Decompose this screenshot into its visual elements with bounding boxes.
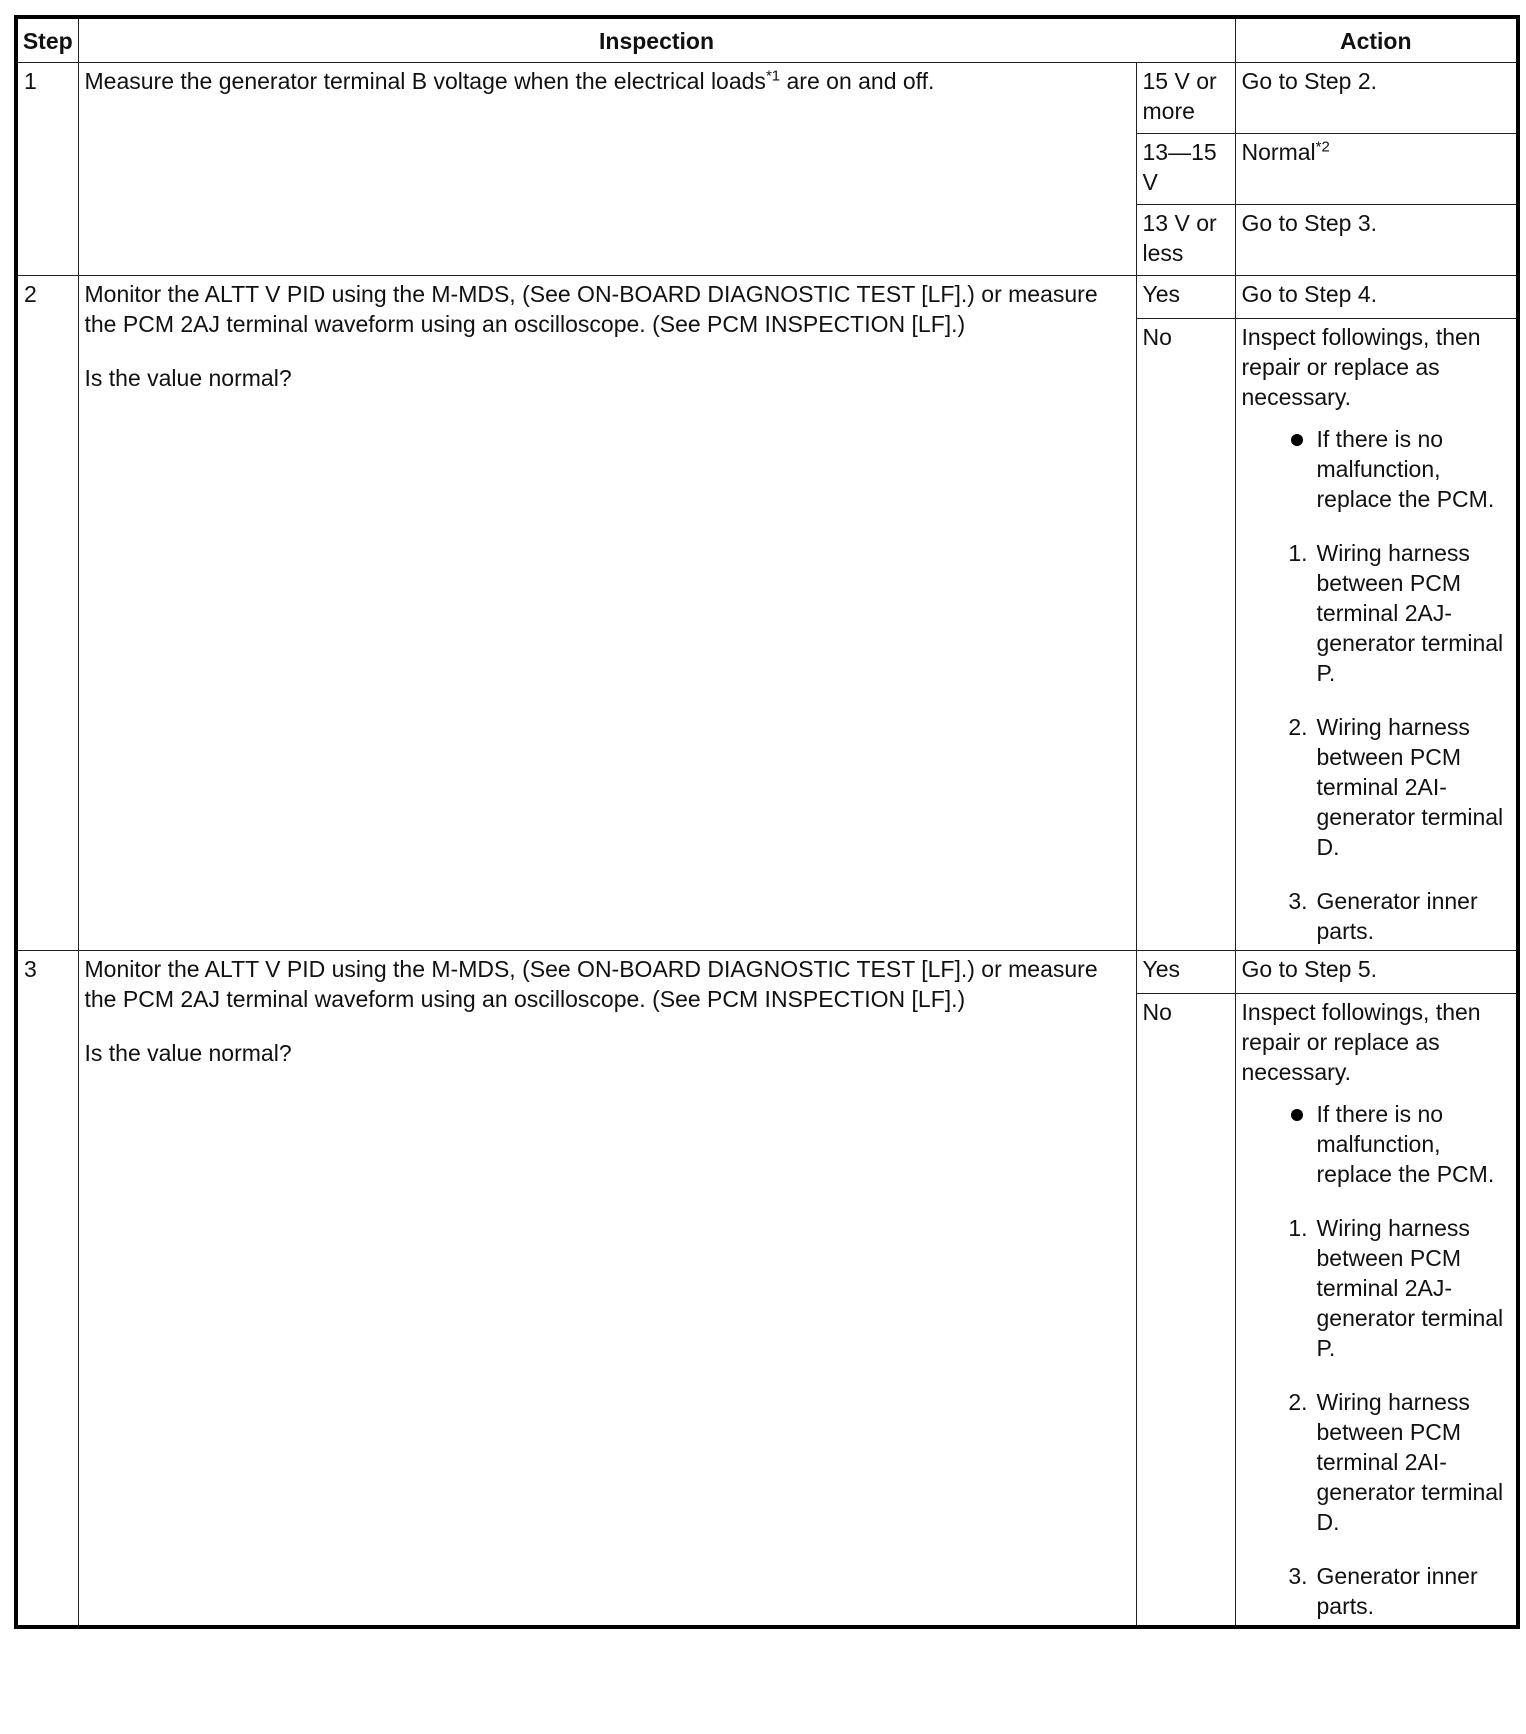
footnote-ref: *1	[766, 67, 780, 84]
step-number: 2	[16, 276, 78, 951]
list-item: 3.Generator inner parts.	[1242, 1561, 1511, 1621]
list-marker: 3.	[1278, 1561, 1308, 1591]
list-marker: 1.	[1278, 538, 1308, 568]
step-number: 1	[16, 63, 78, 276]
result-action: Go to Step 3.	[1235, 205, 1518, 276]
result-condition: 13 V or less	[1136, 205, 1235, 276]
result-action: Inspect followings, then repair or repla…	[1235, 994, 1518, 1628]
table-row: 2 Monitor the ALTT V PID using the M-MDS…	[16, 276, 1518, 319]
inspection-instruction: Monitor the ALTT V PID using the M-MDS, …	[85, 954, 1130, 1014]
list-marker: 2.	[1278, 1387, 1308, 1417]
list-item-text: If there is no malfunction, replace the …	[1317, 426, 1495, 512]
result-condition: Yes	[1136, 276, 1235, 319]
list-item: 3.Generator inner parts.	[1242, 886, 1511, 946]
action-intro: Inspect followings, then repair or repla…	[1242, 322, 1511, 412]
list-item: If there is no malfunction, replace the …	[1242, 1099, 1511, 1189]
list-item-text: If there is no malfunction, replace the …	[1317, 1101, 1495, 1187]
header-step: Step	[16, 17, 78, 63]
list-item-text: Generator inner parts.	[1317, 888, 1478, 944]
inspection-question: Is the value normal?	[85, 1038, 1130, 1068]
inspection-text: Monitor the ALTT V PID using the M-MDS, …	[78, 276, 1136, 951]
result-action: Inspect followings, then repair or repla…	[1235, 319, 1518, 951]
result-condition: No	[1136, 319, 1235, 951]
result-action: Normal*2	[1235, 134, 1518, 205]
result-condition: 13—15 V	[1136, 134, 1235, 205]
list-item: 1.Wiring harness between PCM terminal 2A…	[1242, 1213, 1511, 1363]
result-action: Go to Step 2.	[1235, 63, 1518, 134]
inspection-text: Measure the generator terminal B voltage…	[78, 63, 1136, 276]
list-item-text: Wiring harness between PCM terminal 2AJ-…	[1317, 1215, 1504, 1361]
list-item: 2.Wiring harness between PCM terminal 2A…	[1242, 1387, 1511, 1537]
list-item-text: Wiring harness between PCM terminal 2AI-…	[1317, 1389, 1504, 1535]
inspection-instruction: Monitor the ALTT V PID using the M-MDS, …	[85, 279, 1130, 339]
header-inspection: Inspection	[78, 17, 1235, 63]
list-marker: 1.	[1278, 1213, 1308, 1243]
result-condition: No	[1136, 994, 1235, 1628]
action-list: If there is no malfunction, replace the …	[1242, 1099, 1511, 1621]
inspection-text: Monitor the ALTT V PID using the M-MDS, …	[78, 951, 1136, 1628]
inspection-text-main: Measure the generator terminal B voltage…	[85, 68, 766, 94]
result-condition: 15 V or more	[1136, 63, 1235, 134]
result-action: Go to Step 5.	[1235, 951, 1518, 994]
result-action-text: Normal	[1242, 139, 1316, 165]
result-condition: Yes	[1136, 951, 1235, 994]
header-action: Action	[1235, 17, 1518, 63]
bullet-icon	[1291, 1109, 1303, 1121]
action-list: If there is no malfunction, replace the …	[1242, 424, 1511, 946]
inspection-text-tail: are on and off.	[780, 68, 934, 94]
list-item-text: Wiring harness between PCM terminal 2AI-…	[1317, 714, 1504, 860]
footnote-ref: *2	[1316, 138, 1330, 155]
step-number: 3	[16, 951, 78, 1628]
diagnostic-table: Step Inspection Action 1 Measure the gen…	[14, 15, 1520, 1629]
action-intro: Inspect followings, then repair or repla…	[1242, 997, 1511, 1087]
bullet-icon	[1291, 434, 1303, 446]
table-row: 1 Measure the generator terminal B volta…	[16, 63, 1518, 134]
list-item: If there is no malfunction, replace the …	[1242, 424, 1511, 514]
result-action: Go to Step 4.	[1235, 276, 1518, 319]
list-item: 1.Wiring harness between PCM terminal 2A…	[1242, 538, 1511, 688]
list-item: 2.Wiring harness between PCM terminal 2A…	[1242, 712, 1511, 862]
list-marker: 2.	[1278, 712, 1308, 742]
list-item-text: Wiring harness between PCM terminal 2AJ-…	[1317, 540, 1504, 686]
table-row: 3 Monitor the ALTT V PID using the M-MDS…	[16, 951, 1518, 994]
list-item-text: Generator inner parts.	[1317, 1563, 1478, 1619]
table-header-row: Step Inspection Action	[16, 17, 1518, 63]
inspection-question: Is the value normal?	[85, 363, 1130, 393]
list-marker: 3.	[1278, 886, 1308, 916]
